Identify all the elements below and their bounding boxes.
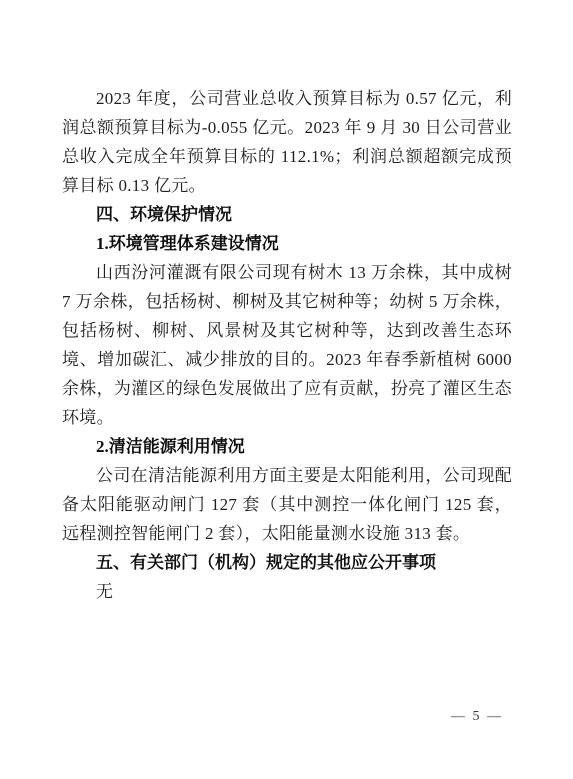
section-heading-environment-protection: 四、环境保护情况: [62, 200, 512, 229]
document-body: 2023 年度，公司营业总收入预算目标为 0.57 亿元，利润总额预算目标为-0…: [62, 84, 512, 606]
page-number: — 5 —: [451, 708, 503, 726]
paragraph-trees-greening: 山西汾河灌溉有限公司现有树木 13 万余株，其中成树 7 万余株，包括杨树、柳树…: [62, 258, 512, 432]
paragraph-solar-energy: 公司在清洁能源利用方面主要是太阳能利用，公司现配备太阳能驱动闸门 127 套（其…: [62, 461, 512, 548]
subsection-heading-environment-management: 1.环境管理体系建设情况: [62, 229, 512, 258]
subsection-heading-clean-energy: 2.清洁能源利用情况: [62, 432, 512, 461]
paragraph-none: 无: [62, 577, 512, 606]
section-heading-other-disclosure: 五、有关部门（机构）规定的其他应公开事项: [62, 548, 512, 577]
document-page: 2023 年度，公司营业总收入预算目标为 0.57 亿元，利润总额预算目标为-0…: [0, 0, 573, 779]
paragraph-budget-completion: 2023 年度，公司营业总收入预算目标为 0.57 亿元，利润总额预算目标为-0…: [62, 84, 512, 200]
